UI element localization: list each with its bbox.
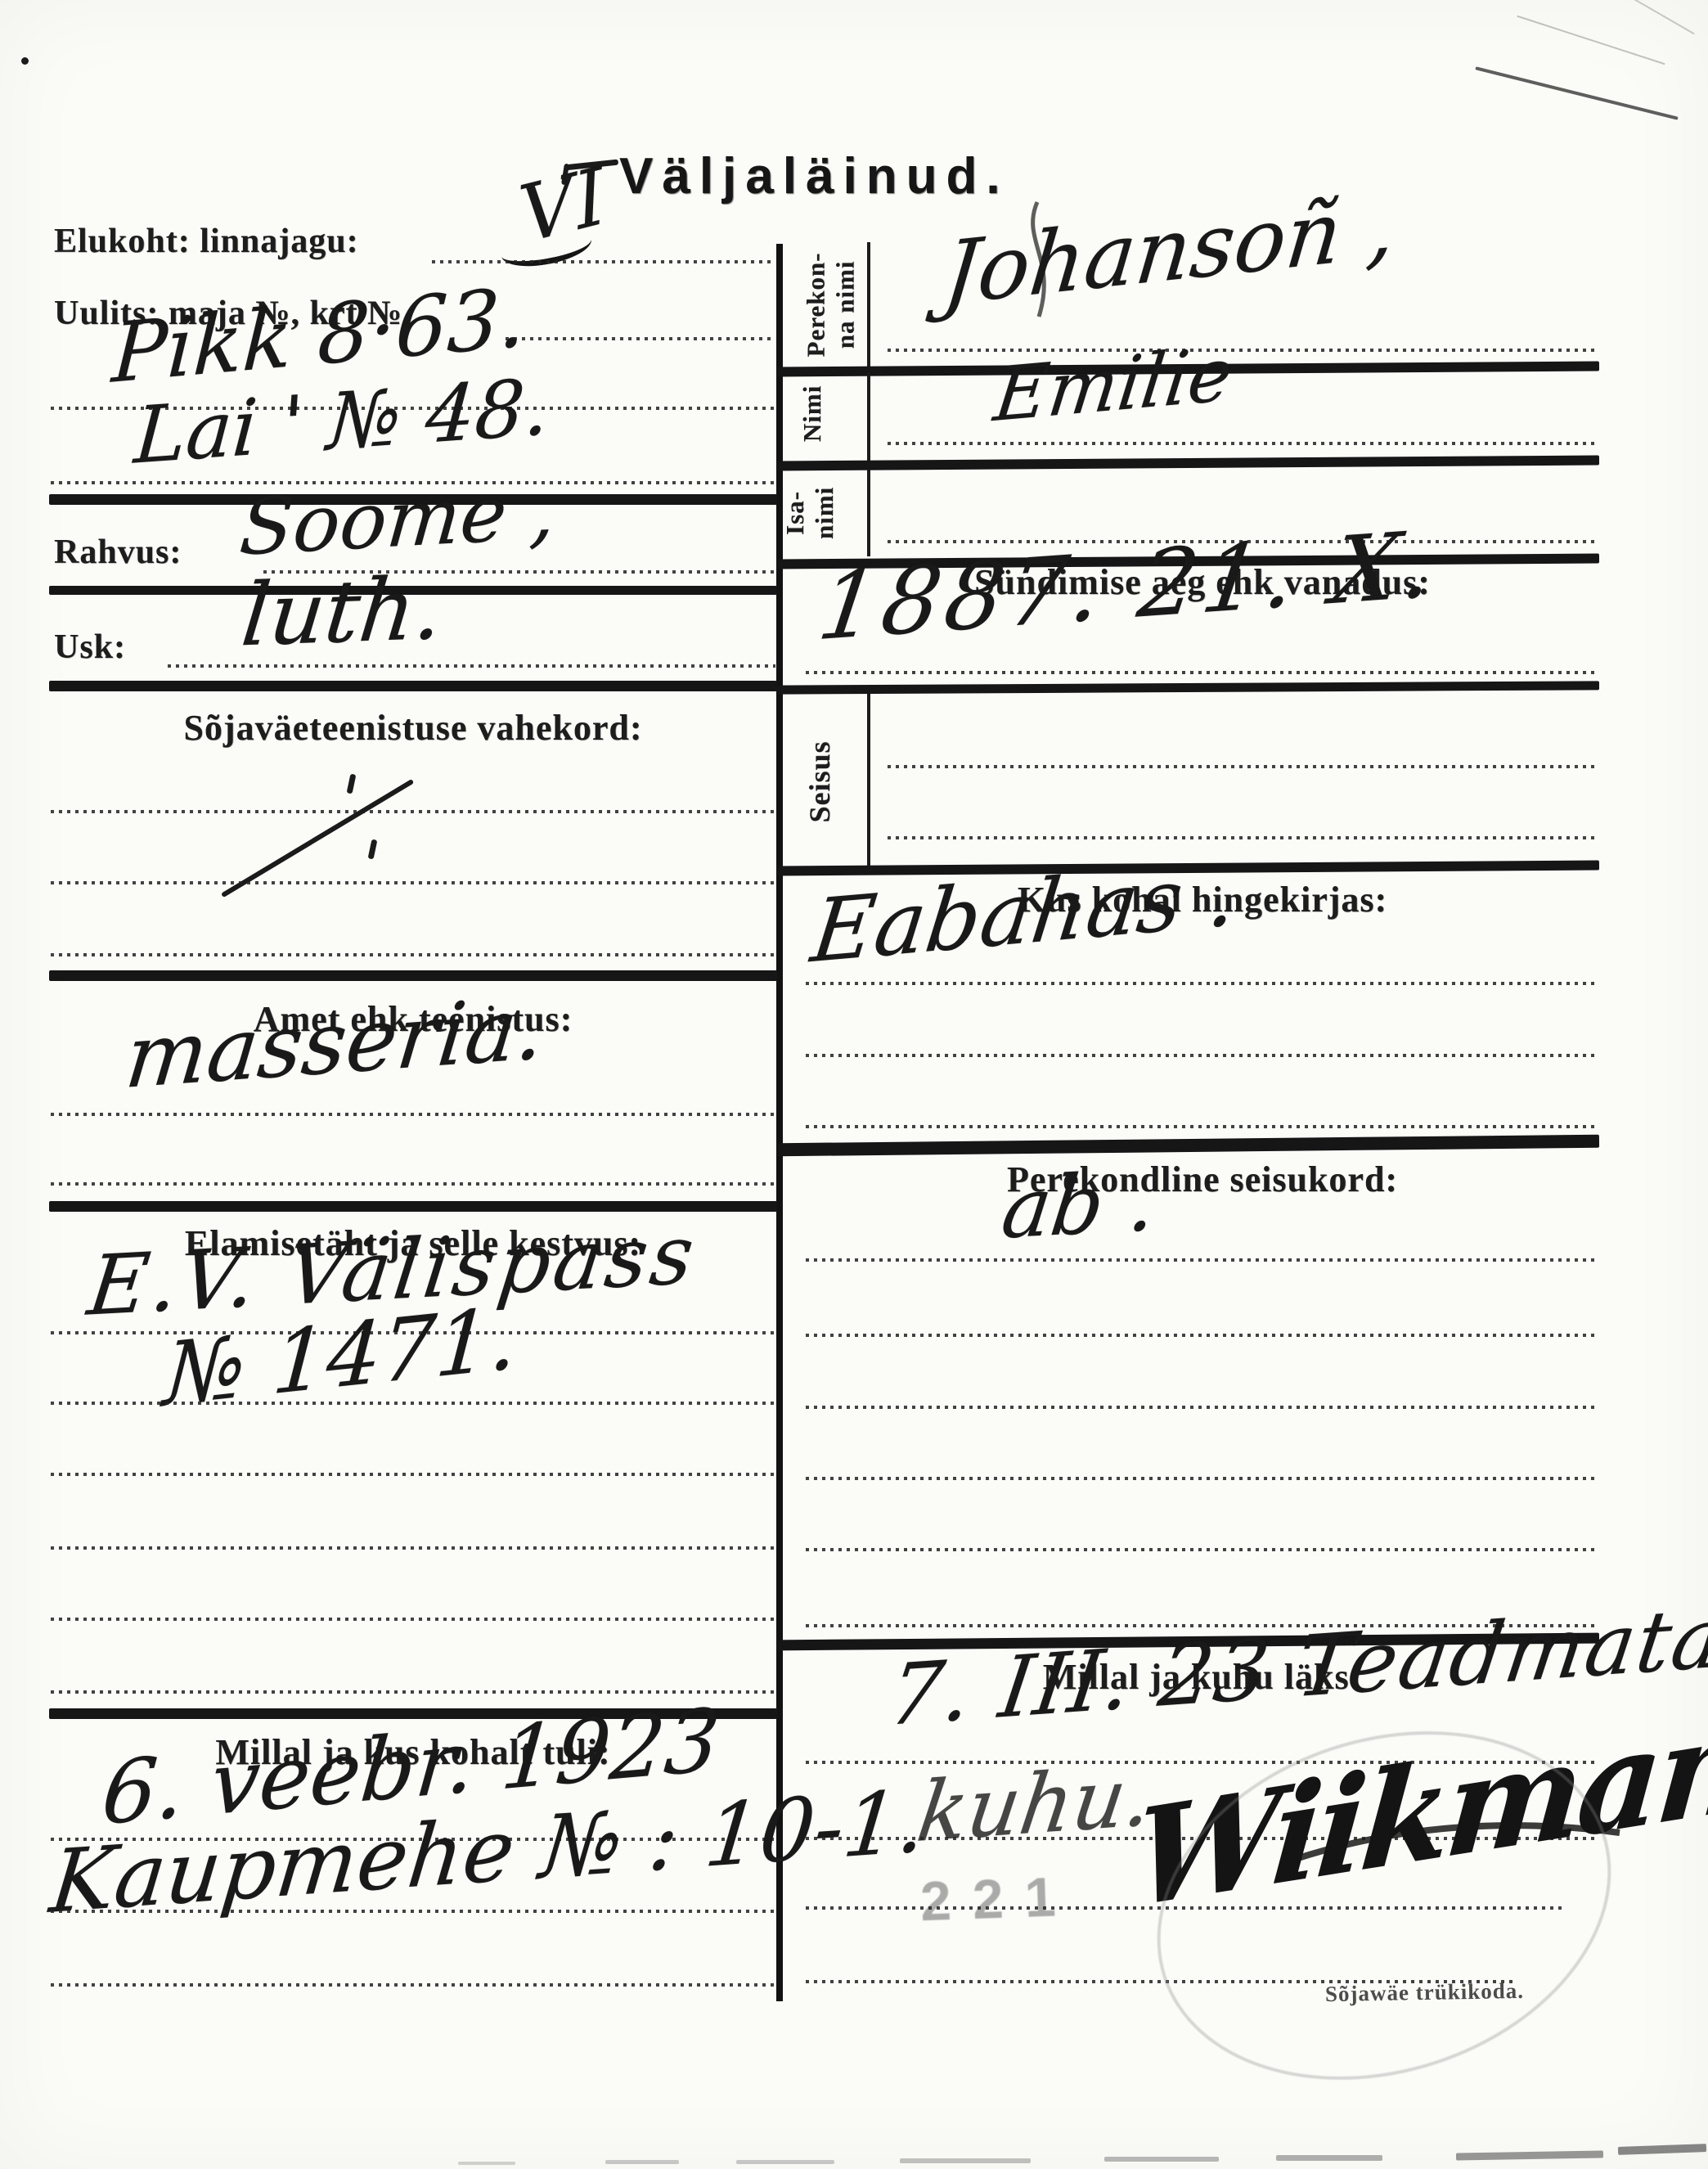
dotted-line — [806, 1406, 1595, 1409]
rahvus-value-handwriting: Soome , — [237, 473, 560, 568]
dotted-line — [51, 1690, 775, 1694]
dotted-line — [806, 1477, 1595, 1480]
dotted-line — [51, 1983, 775, 1987]
scanned-form-page: Väljaläinud. VI Elukoht: linnajagu: Uuli… — [0, 0, 1708, 2169]
perekondline-value-handwriting: ab . — [998, 1160, 1161, 1251]
scan-dot-artifact — [21, 57, 29, 65]
inner-vertical-rule — [867, 694, 870, 866]
dotted-line — [806, 1054, 1595, 1057]
dotted-line — [888, 349, 1595, 352]
sundimise-value-handwriting: 1887. 21. X. — [813, 518, 1444, 654]
bottom-dash-artifact — [605, 2160, 679, 2164]
bottom-dash-artifact — [900, 2158, 1031, 2163]
sojavae-label: Sõjaväeteenistuse vahekord: — [49, 709, 777, 748]
usk-label: Usk: — [54, 628, 126, 666]
perekonnanimi-label: Perekon- na nimi — [796, 236, 865, 375]
seisus-label: Seisus — [798, 694, 843, 870]
bottom-dash-artifact — [1276, 2155, 1382, 2161]
dotted-line — [806, 1548, 1595, 1551]
dotted-line — [51, 1910, 775, 1913]
dotted-line — [888, 836, 1595, 839]
dotted-line — [51, 881, 775, 884]
dotted-line — [51, 1546, 775, 1550]
dotted-line — [51, 1113, 775, 1116]
number-stamp: 221 — [919, 1865, 1078, 1934]
bottom-dash-artifact — [1618, 2144, 1706, 2155]
separator-bar — [49, 681, 777, 691]
dotted-line — [806, 1334, 1595, 1337]
nimi-label: Nimi — [789, 367, 834, 461]
perekondline-label: Perekondline seisukord: — [810, 1160, 1595, 1199]
bottom-dash-artifact — [458, 2162, 515, 2165]
sojavae-value-stroke — [221, 779, 414, 898]
isanimi-label: Isa- nimi — [778, 468, 842, 558]
vi-underline-flourish — [498, 223, 594, 271]
inner-vertical-rule — [867, 470, 870, 556]
dotted-line — [51, 1182, 775, 1186]
separator-bar — [777, 455, 1599, 470]
separator-bar — [777, 1135, 1599, 1157]
nimi-value-handwriting: Emilie — [991, 338, 1237, 434]
usk-value-handwriting: luth. — [238, 565, 447, 659]
inner-vertical-rule — [867, 242, 870, 367]
dotted-line — [51, 953, 775, 956]
pen-tick-artifact — [347, 774, 357, 794]
form-title: Väljaläinud. — [619, 147, 1009, 205]
dotted-line — [51, 810, 775, 813]
bottom-dash-artifact — [1456, 2150, 1603, 2160]
dotted-line — [51, 1618, 775, 1621]
scan-scratch-artifact — [1602, 0, 1695, 34]
separator-bar — [777, 681, 1599, 694]
dotted-line — [888, 442, 1595, 445]
dotted-line — [806, 671, 1595, 674]
dotted-line — [806, 982, 1595, 985]
dotted-line — [506, 337, 775, 340]
scan-scratch-artifact — [1475, 66, 1678, 120]
amet-value-handwriting: masseria. — [122, 985, 549, 1101]
separator-bar — [49, 970, 777, 981]
inner-vertical-rule — [867, 372, 870, 461]
bottom-dash-artifact — [1104, 2157, 1219, 2162]
dotted-line — [168, 664, 775, 668]
dotted-line — [806, 1125, 1595, 1128]
dotted-line — [51, 1473, 775, 1476]
rahvus-label: Rahvus: — [54, 533, 182, 571]
dotted-line — [51, 1402, 775, 1405]
scan-scratch-artifact — [1517, 16, 1665, 65]
dotted-line — [806, 1258, 1595, 1262]
elukoht-label: Elukoht: linnajagu: — [54, 223, 359, 260]
bottom-dash-artifact — [736, 2160, 834, 2164]
dotted-line — [888, 765, 1595, 768]
pen-tick-artifact — [368, 839, 378, 860]
dotted-line — [432, 260, 775, 263]
